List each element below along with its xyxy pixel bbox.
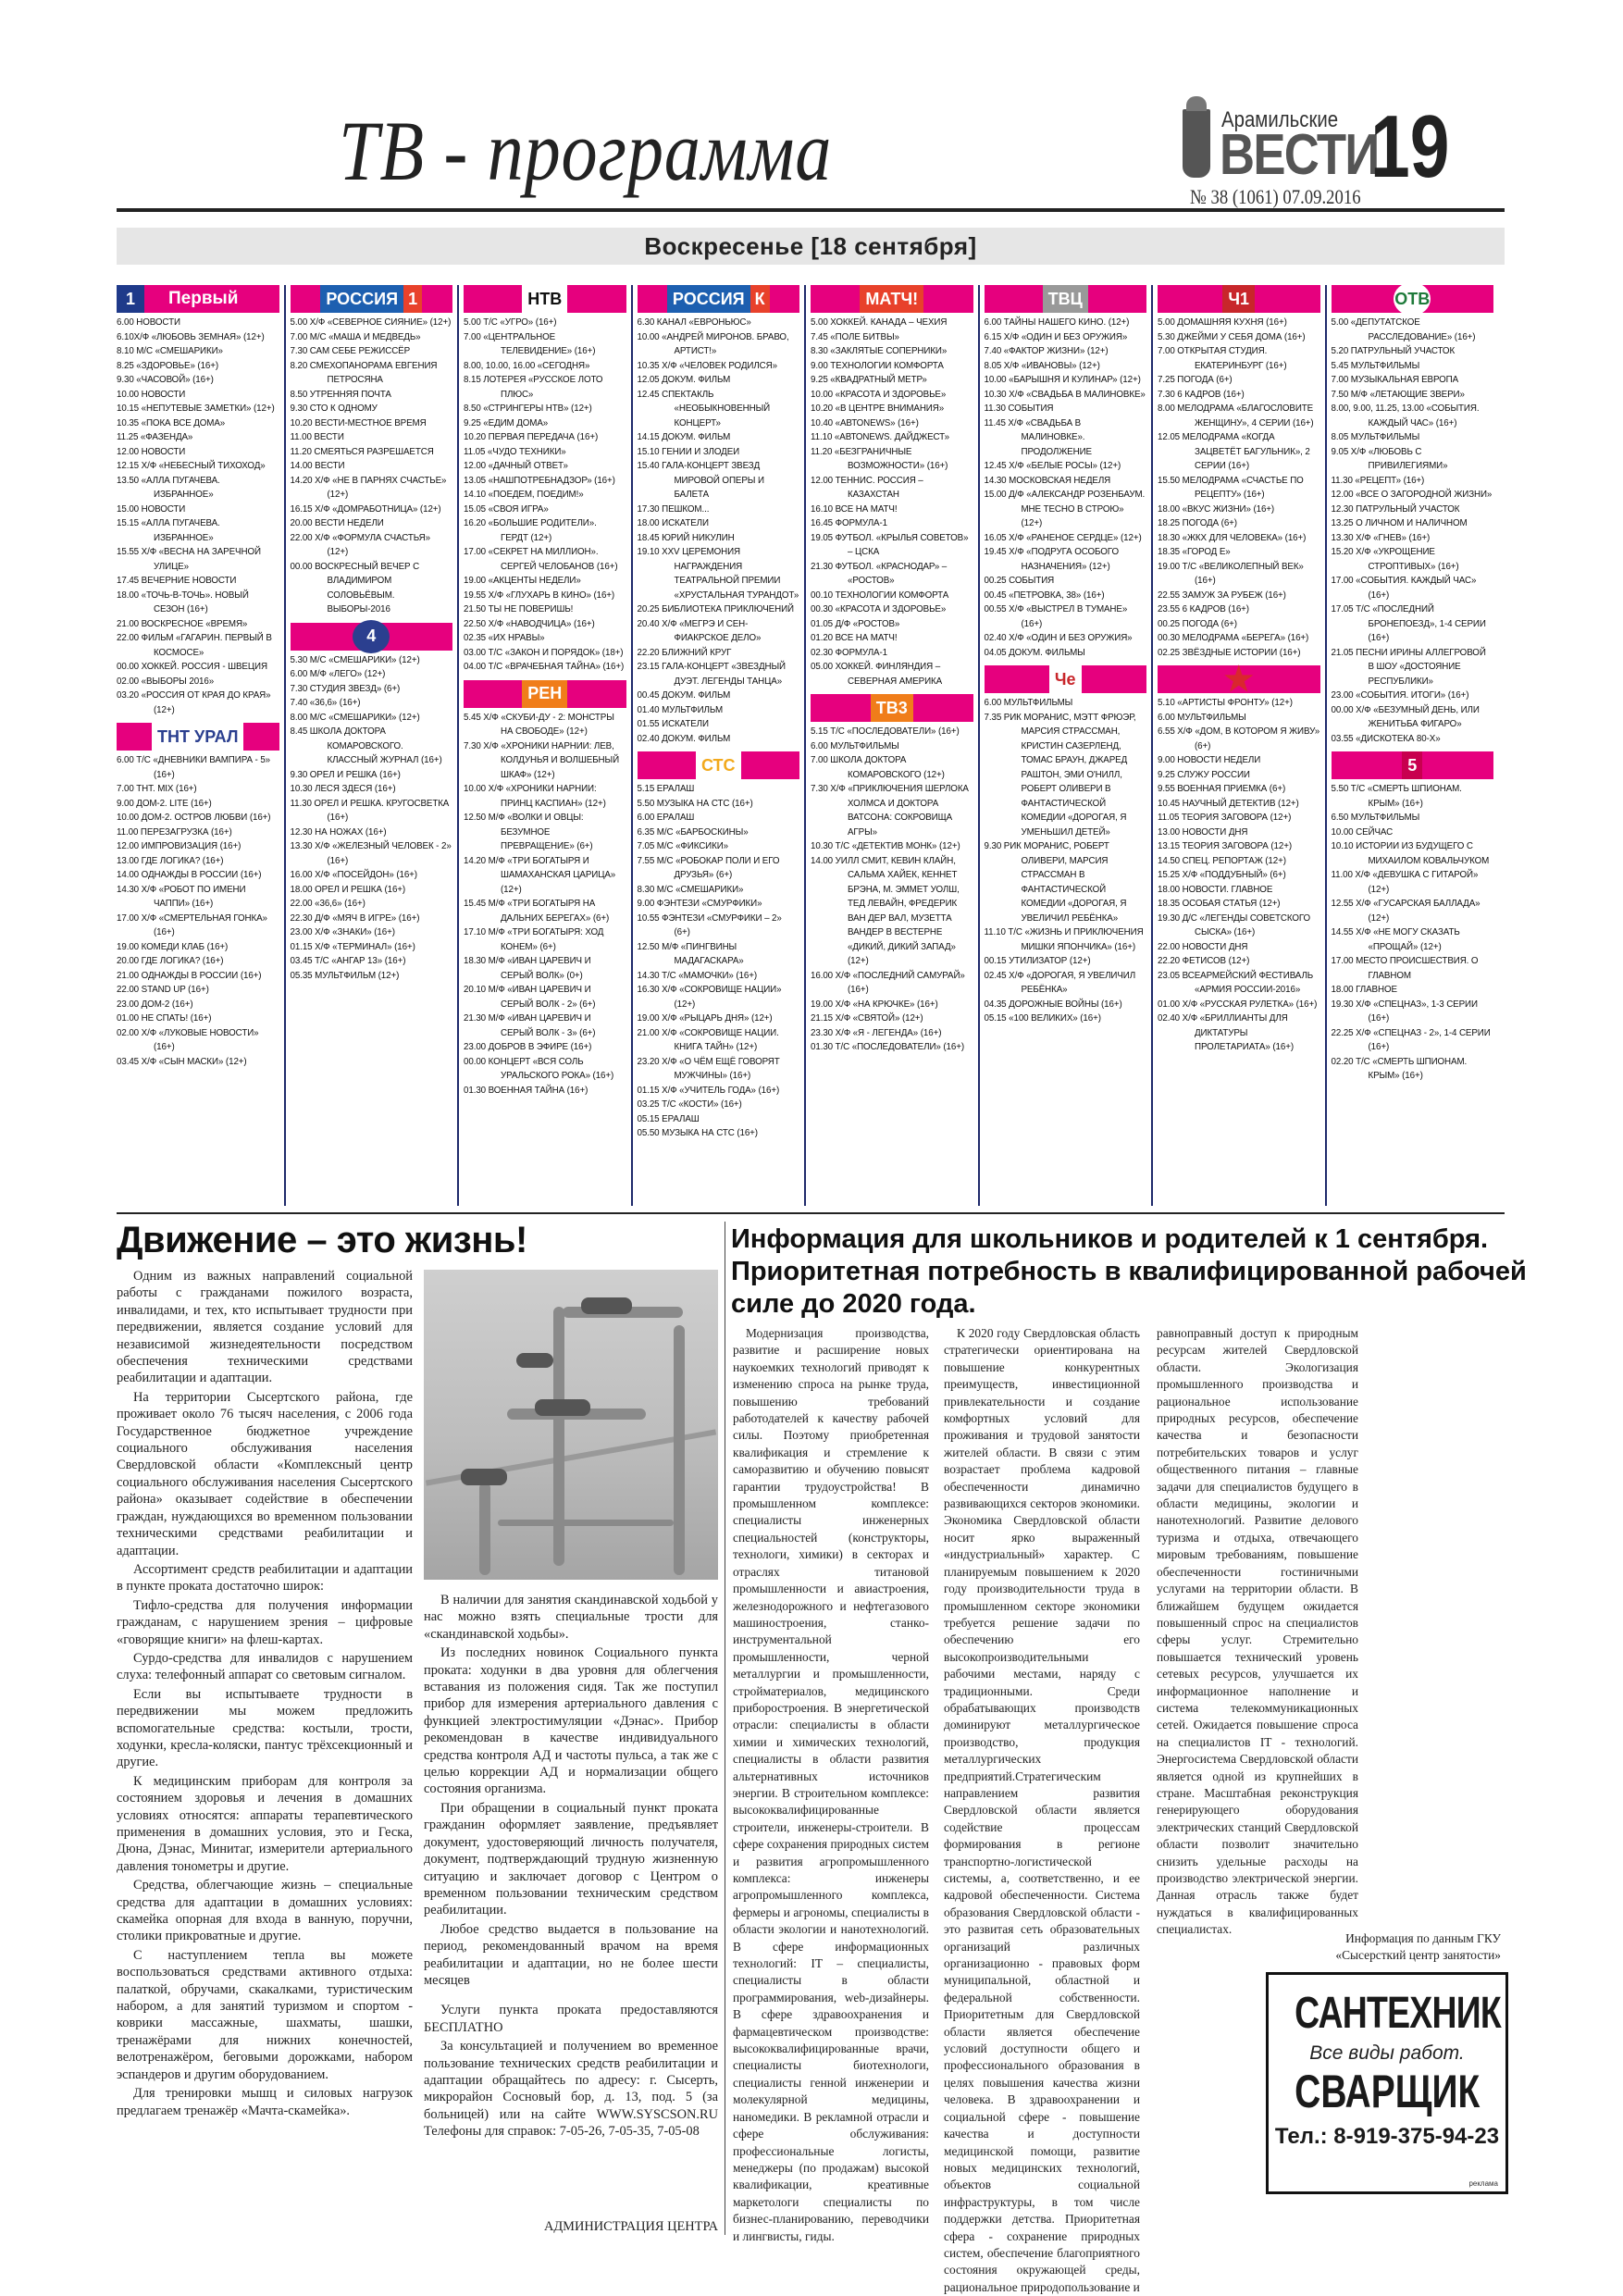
program-listing: 14.00 УИЛЛ СМИТ, КЕВИН КЛАЙН, САЛЬМА ХАЙ… xyxy=(811,854,973,969)
program-listing: 17.00 «СОБЫТИЯ. КАЖДЫЙ ЧАС» (16+) xyxy=(1332,574,1494,602)
program-listing: 9.25 «ЕДИМ ДОМА» xyxy=(464,416,626,431)
program-listing: 17.10 М/Ф «ТРИ БОГАТЫРЯ: ХОД КОНЕМ» (6+) xyxy=(464,925,626,954)
program-listing: 23.15 ГАЛА-КОНЦЕРТ «ЗВЕЗДНЫЙ ДУЭТ. ЛЕГЕН… xyxy=(638,660,800,689)
channel-header: ОТВ xyxy=(1332,285,1494,313)
channel-header: РЕН xyxy=(464,680,626,708)
program-listing: 18.30 М/Ф «ИВАН ЦАРЕВИЧ И СЕРЫЙ ВОЛК» (0… xyxy=(464,954,626,983)
article2-title: Информация для школьников и родителей к … xyxy=(731,1223,1545,1321)
program-listing: 6.30 КАНАЛ «ЕВРОНЬЮС» xyxy=(638,316,800,330)
program-listing: 7.45 «ПОЛЕ БИТВЫ» xyxy=(811,330,973,345)
channel-block: ТНТ УРАЛ6.00 Т/С «ДНЕВНИКИ ВАМПИРА - 5» … xyxy=(117,723,279,1069)
program-listing: 01.00 НЕ СПАТЬ! (16+) xyxy=(117,1011,279,1026)
russia-k-logo-icon: РОССИЯ xyxy=(667,285,750,313)
program-listing: 7.35 РИК МОРАНИС, МЭТТ ФРЮЭР, МАРСИЯ СТР… xyxy=(985,711,1147,840)
logo-main-text: ВЕСТИ xyxy=(1220,122,1379,188)
article1-paragraph: Для тренировки мышц и силовых нагрузок п… xyxy=(117,2085,413,2119)
program-listing: 10.45 НАУЧНЫЙ ДЕТЕКТИВ (12+) xyxy=(1158,797,1320,812)
program-listing: 00.45 «ПЕТРОВКА, 38» (16+) xyxy=(985,589,1147,603)
article1-paragraph: Одним из важных направлений социальной р… xyxy=(117,1268,413,1387)
program-listing: 7.00 «ЦЕНТРАЛЬНОЕ ТЕЛЕВИДЕНИЕ» (16+) xyxy=(464,330,626,359)
program-listing: 8.30 М/С «СМЕШАРИКИ» xyxy=(638,883,800,898)
article1-column-1: Одним из важных направлений социальной р… xyxy=(117,1268,413,2121)
program-listing: 11.00 ПЕРЕЗАГРУЗКА (16+) xyxy=(117,825,279,840)
channel-block: СТС5.15 ЕРАЛАШ5.50 МУЗЫКА НА СТС (16+)6.… xyxy=(638,751,800,1141)
program-listing: 19.45 Х/Ф «ПОДРУГА ОСОБОГО НАЗНАЧЕНИЯ» (… xyxy=(985,545,1147,574)
program-listing: 11.45 Х/Ф «СВАДЬБА В МАЛИНОВКЕ». ПРОДОЛЖ… xyxy=(985,416,1147,460)
program-listing: 21.50 ТЫ НЕ ПОВЕРИШЬ! xyxy=(464,602,626,617)
program-listing: 12.00 ТЕННИС. РОССИЯ – КАЗАХСТАН xyxy=(811,474,973,503)
article2-column-1: Модернизация производства, развитие и ра… xyxy=(733,1325,929,2245)
match-logo-icon: МАТЧ! xyxy=(860,285,923,313)
program-listing: 5.00 ХОККЕЙ. КАНАДА – ЧЕХИЯ xyxy=(811,316,973,330)
program-listing: 7.30 СТУДИЯ ЗВЕЗД» (6+) xyxy=(291,682,453,697)
program-listing: 11.20 «БЕЗГРАНИЧНЫЕ ВОЗМОЖНОСТИ» (16+) xyxy=(811,445,973,474)
program-listing: 22.00 ФИЛЬМ «ГАГАРИН. ПЕРВЫЙ В КОСМОСЕ» xyxy=(117,631,279,660)
program-listing: 22.00 «36,6» (16+) xyxy=(291,897,453,912)
program-listing: 6.00 ЕРАЛАШ xyxy=(638,811,800,825)
program-listing: 00.10 ТЕХНОЛОГИИ КОМФОРТА xyxy=(811,589,973,603)
program-listing: 04.05 ДОКУМ. ФИЛЬМЫ xyxy=(985,646,1147,661)
program-listing: 13.00 ГДЕ ЛОГИКА? (16+) xyxy=(117,854,279,869)
program-listing: 12.45 Х/Ф «БЕЛЫЕ РОСЫ» (12+) xyxy=(985,459,1147,474)
program-listing: 13.00 НОВОСТИ ДНЯ xyxy=(1158,825,1320,840)
program-listing: 19.10 XXV ЦЕРЕМОНИЯ НАГРАЖДЕНИЯ ТЕАТРАЛЬ… xyxy=(638,545,800,602)
program-listing: 05.00 ХОККЕЙ. ФИНЛЯНДИЯ – СЕВЕРНАЯ АМЕРИ… xyxy=(811,660,973,689)
program-listing: 6.10Х/Ф «ЛЮБОВЬ ЗЕМНАЯ» (12+) xyxy=(117,330,279,345)
program-listing: 6.50 МУЛЬТФИЛЬМЫ xyxy=(1332,811,1494,825)
program-listing: 00.25 ПОГОДА (6+) xyxy=(1158,617,1320,632)
program-listing: 15.45 М/Ф «ТРИ БОГАТЫРЯ НА ДАЛЬНИХ БЕРЕГ… xyxy=(464,897,626,925)
article1-paragraph: Сурдо-средства для инвалидов с нарушение… xyxy=(117,1650,413,1684)
4-kanal-logo-icon: 4 xyxy=(353,620,390,653)
program-listing: 10.35 Х/Ф «ЧЕЛОВЕК РОДИЛСЯ» xyxy=(638,359,800,374)
program-listing: 14.50 СПЕЦ. РЕПОРТАЖ (12+) xyxy=(1158,854,1320,869)
article1-title: Движение – это жизнь! xyxy=(117,1220,527,1261)
program-listing: 8.50 «СТРИНГЕРЫ НТВ» (12+) xyxy=(464,402,626,416)
program-listing: 00.45 ДОКУМ. ФИЛЬМ xyxy=(638,689,800,703)
program-listing: 23.05 ВСЕАРМЕЙСКИЙ ФЕСТИВАЛЬ «АРМИЯ РОСС… xyxy=(1158,969,1320,998)
program-listing: 5.45 МУЛЬТФИЛЬМЫ xyxy=(1332,359,1494,374)
program-listing: 11.10 «АВТОNEWS. ДАЙДЖЕСТ» xyxy=(811,430,973,445)
channel-header: ТНТ УРАЛ xyxy=(117,723,279,751)
channel-block: 45.30 М/С «СМЕШАРИКИ» (12+)6.00 М/Ф «ЛЕГ… xyxy=(291,623,453,984)
program-listing: 6.15 Х/Ф «ОДИН И БЕЗ ОРУЖИЯ» xyxy=(985,330,1147,345)
program-listing: 6.00 ТАЙНЫ НАШЕГО КИНО. (12+) xyxy=(985,316,1147,330)
program-listing: 21.00 ОДНАЖДЫ В РОССИИ (16+) xyxy=(117,969,279,984)
channel-header: ТВ3 xyxy=(811,694,973,722)
program-listing: 10.00 Х/Ф «ХРОНИКИ НАРНИИ: ПРИНЦ КАСПИАН… xyxy=(464,782,626,811)
channel-logo-accent: К xyxy=(750,285,770,313)
column-divider xyxy=(978,285,980,1206)
program-listing: 01.15 Х/Ф «ТЕРМИНАЛ» (16+) xyxy=(291,940,453,955)
program-listing: 10.10 ИСТОРИИ ИЗ БУДУЩЕГО С МИХАИЛОМ КОВ… xyxy=(1332,839,1494,868)
program-listing: 6.55 Х/Ф «ДОМ, В КОТОРОМ Я ЖИВУ» (6+) xyxy=(1158,725,1320,753)
program-listing: 00.25 СОБЫТИЯ xyxy=(985,574,1147,589)
program-listing: 6.00 М/Ф «ЛЕГО» (12+) xyxy=(291,667,453,682)
program-listing: 02.30 ФОРМУЛА-1 xyxy=(811,646,973,661)
program-listing: 14.20 М/Ф «ТРИ БОГАТЫРЯ И ШАМАХАНСКАЯ ЦА… xyxy=(464,854,626,898)
program-listing: 23.00 ДОБРОВ В ЭФИРЕ (16+) xyxy=(464,1040,626,1055)
program-listing: 14.00 ОДНАЖДЫ В РОССИИ (16+) xyxy=(117,868,279,883)
program-listing: 18.00 ОРЕЛ И РЕШКА (16+) xyxy=(291,883,453,898)
program-listing: 22.00 STAND UP (16+) xyxy=(117,983,279,998)
program-listing: 9.55 ВОЕННАЯ ПРИЕМКА (6+) xyxy=(1158,782,1320,797)
program-listing: 19.00 КОМЕДИ КЛАБ (16+) xyxy=(117,940,279,955)
program-listing: 7.25 ПОГОДА (6+) xyxy=(1158,373,1320,388)
article1-paragraph: На территории Сысертского района, где пр… xyxy=(117,1389,413,1559)
ad-phone: Тел.: 8-919-375-94-23 xyxy=(1269,2124,1505,2150)
tv-column: 1Первый6.00 НОВОСТИ6.10Х/Ф «ЛЮБОВЬ ЗЕМНА… xyxy=(117,285,279,1074)
program-listing: 19.30 Х/Ф «СПЕЦНАЗ», 1-3 СЕРИИ (16+) xyxy=(1332,998,1494,1026)
program-listing: 13.15 ТЕОРИЯ ЗАГОВОРА (12+) xyxy=(1158,839,1320,854)
channel-header: МАТЧ! xyxy=(811,285,973,313)
program-listing: 9.05 Х/Ф «ЛЮБОВЬ С ПРИВИЛЕГИЯМИ» xyxy=(1332,445,1494,474)
masthead: ТВ - программа Арамильские ВЕСТИ 19 № 38… xyxy=(117,102,1505,222)
program-listing: 21.15 Х/Ф «СВЯТОЙ» (12+) xyxy=(811,1011,973,1026)
program-listing: 12.30 НА НОЖАХ (16+) xyxy=(291,825,453,840)
program-listing: 15.00 Д/Ф «АЛЕКСАНДР РОЗЕНБАУМ. МНЕ ТЕСН… xyxy=(985,488,1147,531)
channel-block: НТВ5.00 Т/С «УГРО» (16+)7.00 «ЦЕНТРАЛЬНО… xyxy=(464,285,626,675)
channel-header: РОССИЯ1 xyxy=(291,285,453,313)
program-listing: 01.30 Т/С «ПОСЛЕДОВАТЕЛИ» (16+) xyxy=(811,1040,973,1055)
program-listing: 18.00 ГЛАВНОЕ xyxy=(1332,983,1494,998)
program-listing: 7.00 МУЗЫКАЛЬНАЯ ЕВРОПА xyxy=(1332,373,1494,388)
program-listing: 22.30 Д/Ф «МЯЧ В ИГРЕ» (16+) xyxy=(291,912,453,926)
program-listing: 01.05 Д/Ф «РОСТОВ» xyxy=(811,617,973,632)
article1-paragraph: Средства, облегчающие жизнь – специальны… xyxy=(117,1877,413,1945)
issue-info: № 38 (1061) 07.09.2016 xyxy=(1190,185,1361,209)
program-listing: 7.30 САМ СЕБЕ РЕЖИССЁР xyxy=(291,344,453,359)
article1-signature: АДМИНИСТРАЦИЯ ЦЕНТРА xyxy=(424,2219,718,2235)
program-listing: 23.30 Х/Ф «Я - ЛЕГЕНДА» (16+) xyxy=(811,1026,973,1041)
program-listing: 6.00 МУЛЬТФИЛЬМЫ xyxy=(1158,711,1320,726)
program-listing: 19.00 «АКЦЕНТЫ НЕДЕЛИ» xyxy=(464,574,626,589)
ad-headline: САНТЕХНИК xyxy=(1295,1988,1480,2039)
program-listing: 23.55 6 КАДРОВ (16+) xyxy=(1158,602,1320,617)
program-listing: 5.00 ДОМАШНЯЯ КУХНЯ (16+) xyxy=(1158,316,1320,330)
program-listing: 9.30 «ЧАСОВОЙ» (16+) xyxy=(117,373,279,388)
program-listing: 10.20 ВЕСТИ-МЕСТНОЕ ВРЕМЯ xyxy=(291,416,453,431)
channel-block: Ч15.00 ДОМАШНЯЯ КУХНЯ (16+)5.30 ДЖЕЙМИ У… xyxy=(1158,285,1320,660)
program-listing: 12.50 М/Ф «ПИНГВИНЫ МАДАГАСКАРА» xyxy=(638,940,800,969)
program-listing: 22.00 Х/Ф «ФОРМУЛА СЧАСТЬЯ» (12+) xyxy=(291,531,453,560)
program-listing: 14.30 МОСКОВСКАЯ НЕДЕЛЯ xyxy=(985,474,1147,489)
program-listing: 02.45 Х/Ф «ДОРОГАЯ, Я УВЕЛИЧИЛ РЕБЁНКА» xyxy=(985,969,1147,998)
program-listing: 14.30 Х/Ф «РОБОТ ПО ИМЕНИ ЧАППИ» (16+) xyxy=(117,883,279,912)
program-listing: 23.00 Х/Ф «ЗНАКИ» (16+) xyxy=(291,925,453,940)
program-listing: 7.05 М/С «ФИКСИКИ» xyxy=(638,839,800,854)
program-listing: 02.40 ДОКУМ. ФИЛЬМ xyxy=(638,732,800,747)
program-listing: 22.25 Х/Ф «СПЕЦНАЗ - 2», 1-4 СЕРИИ (16+) xyxy=(1332,1026,1494,1055)
channel-block: РЕН5.45 Х/Ф «СКУБИ-ДУ - 2: МОНСТРЫ НА СВ… xyxy=(464,680,626,1098)
program-listing: 13.05 «НАШПОТРЕБНАДЗОР» (16+) xyxy=(464,474,626,489)
column-divider xyxy=(284,285,286,1206)
tv-column: НТВ5.00 Т/С «УГРО» (16+)7.00 «ЦЕНТРАЛЬНО… xyxy=(464,285,626,1103)
program-listing: 16.05 Х/Ф «РАНЕНОЕ СЕРДЦЕ» (12+) xyxy=(985,531,1147,546)
channel-header: НТВ xyxy=(464,285,626,313)
program-listing: 5.15 Т/С «ПОСЛЕДОВАТЕЛИ» (16+) xyxy=(811,725,973,739)
program-listing: 20.00 ГДЕ ЛОГИКА? (16+) xyxy=(117,954,279,969)
program-listing: 10.30 ЛЕСЯ ЗДЕСЯ (16+) xyxy=(291,782,453,797)
program-listing: 15.20 Х/Ф «УКРОЩЕНИЕ СТРОПТИВЫХ» (16+) xyxy=(1332,545,1494,574)
program-listing: 7.40 «36,6» (16+) xyxy=(291,696,453,711)
program-listing: 15.05 «СВОЯ ИГРА» xyxy=(464,503,626,517)
program-listing: 10.15 «НЕПУТЕВЫЕ ЗАМЕТКИ» (12+) xyxy=(117,402,279,416)
program-listing: 21.30 ФУТБОЛ. «КРАСНОДАР» – «РОСТОВ» xyxy=(811,560,973,589)
program-listing: 02.00 Х/Ф «ЛУКОВЫЕ НОВОСТИ» (16+) xyxy=(117,1026,279,1055)
program-listing: 02.00 «ВЫБОРЫ 2016» xyxy=(117,675,279,689)
program-listing: 00.00 ВОСКРЕСНЫЙ ВЕЧЕР С ВЛАДИМИРОМ СОЛО… xyxy=(291,560,453,617)
program-listing: 21.05 ПЕСНИ ИРИНЫ АЛЛЕГРОВОЙ В ШОУ «ДОСТ… xyxy=(1332,646,1494,689)
program-listing: 12.05 ДОКУМ. ФИЛЬМ xyxy=(638,373,800,388)
program-listing: 17.00 «СЕКРЕТ НА МИЛЛИОН». СЕРГЕЙ ЧЕЛОБА… xyxy=(464,545,626,574)
program-listing: 00.00 Х/Ф «БЕЗУМНЫЙ ДЕНЬ, ИЛИ ЖЕНИТЬБА Ф… xyxy=(1332,703,1494,732)
channel-block: Че6.00 МУЛЬТФИЛЬМЫ7.35 РИК МОРАНИС, МЭТТ… xyxy=(985,665,1147,1026)
program-listing: 02.35 «ИХ НРАВЫ» xyxy=(464,631,626,646)
program-listing: 10.20 «В ЦЕНТРЕ ВНИМАНИЯ» xyxy=(811,402,973,416)
article1-paragraph: К медицинским приборам для контроля за с… xyxy=(117,1773,413,1875)
program-listing: 10.55 ФЭНТЕЗИ «СМУРФИКИ – 2» (6+) xyxy=(638,912,800,940)
program-listing: 16.00 Х/Ф «ПОСЕЙДОН» (16+) xyxy=(291,868,453,883)
program-listing: 12.50 М/Ф «ВОЛКИ И ОВЦЫ: БЕЗУМНОЕ ПРЕВРА… xyxy=(464,811,626,854)
program-listing: 11.30 ОРЕЛ И РЕШКА. КРУГОСВЕТКА (16+) xyxy=(291,797,453,825)
channel-block: РОССИЯ15.00 Х/Ф «СЕВЕРНОЕ СИЯНИЕ» (12+)7… xyxy=(291,285,453,617)
column-divider xyxy=(631,285,633,1206)
program-listing: 8.20 СМЕХОПАНОРАМА ЕВГЕНИЯ ПЕТРОСЯНА xyxy=(291,359,453,388)
article1-column-2: В наличии для занятия скандинавской ходь… xyxy=(424,1592,718,2142)
program-listing: 10.20 ПЕРВАЯ ПЕРЕДАЧА (16+) xyxy=(464,430,626,445)
program-listing: 8.50 УТРЕННЯЯ ПОЧТА xyxy=(291,388,453,403)
program-listing: 18.35 ОСОБАЯ СТАТЬЯ (12+) xyxy=(1158,897,1320,912)
program-listing: 19.00 Х/Ф «НА КРЮЧКЕ» (16+) xyxy=(811,998,973,1012)
channel-block: ★5.10 «АРТИСТЫ ФРОНТУ» (12+)6.00 МУЛЬТФИ… xyxy=(1158,665,1320,1055)
tv-column: РОССИЯ15.00 Х/Ф «СЕВЕРНОЕ СИЯНИЕ» (12+)7… xyxy=(291,285,453,988)
program-listing: 10.35 «ПОКА ВСЕ ДОМА» xyxy=(117,416,279,431)
program-listing: 13.50 «АЛЛА ПУГАЧЕВА. ИЗБРАННОЕ» xyxy=(117,474,279,503)
article1-paragraph: Ассортимент средств реабилитации и адапт… xyxy=(117,1561,413,1595)
column-divider xyxy=(457,285,459,1206)
channel-block: МАТЧ!5.00 ХОККЕЙ. КАНАДА – ЧЕХИЯ7.45 «ПО… xyxy=(811,285,973,689)
program-listing: 9.00 ДОМ-2. LITE (16+) xyxy=(117,797,279,812)
program-listing: 03.45 Х/Ф «СЫН МАСКИ» (12+) xyxy=(117,1055,279,1070)
program-listing: 8.10 М/С «СМЕШАРИКИ» xyxy=(117,344,279,359)
program-listing: 18.00 «ТОЧЬ-В-ТОЧЬ». НОВЫЙ СЕЗОН (16+) xyxy=(117,589,279,617)
program-listing: 9.25 «КВАДРАТНЫЙ МЕТР» xyxy=(811,373,973,388)
channel-name: Первый xyxy=(168,289,238,309)
program-listing: 18.00 ИСКАТЕЛИ xyxy=(638,516,800,531)
program-listing: 7.50 М/Ф «ЛЕТАЮЩИЕ ЗВЕРИ» xyxy=(1332,388,1494,403)
program-listing: 02.40 Х/Ф «ОДИН И БЕЗ ОРУЖИЯ» xyxy=(985,631,1147,646)
channel-header: 1Первый xyxy=(117,285,279,313)
program-listing: 18.00 НОВОСТИ. ГЛАВНОЕ xyxy=(1158,883,1320,898)
program-listing: 9.00 НОВОСТИ НЕДЕЛИ xyxy=(1158,753,1320,768)
program-listing: 9.25 СЛУЖУ РОССИИ xyxy=(1158,768,1320,783)
program-listing: 8.00, 9.00, 11.25, 13.00 «СОБЫТИЯ. КАЖДЫ… xyxy=(1332,402,1494,430)
program-listing: 12.15 Х/Ф «НЕБЕСНЫЙ ТИХОХОД» xyxy=(117,459,279,474)
article1-paragraph: С наступлением тепла вы можете воспользо… xyxy=(117,1947,413,2083)
program-listing: 19.55 Х/Ф «ГЛУХАРЬ В КИНО» (16+) xyxy=(464,589,626,603)
program-listing: 12.00 «ВСЕ О ЗАГОРОДНОЙ ЖИЗНИ» xyxy=(1332,488,1494,503)
program-listing: 7.55 М/С «РОБОКАР ПОЛИ И ЕГО ДРУЗЬЯ» (6+… xyxy=(638,854,800,883)
program-listing: 5.50 Т/С «СМЕРТЬ ШПИОНАМ. КРЫМ» (16+) xyxy=(1332,782,1494,811)
article1-paragraph: За консультацией и получением во временн… xyxy=(424,2038,718,2140)
coat-of-arms-icon xyxy=(1183,109,1210,178)
article1-paragraph: Тифло-средства для получения информации … xyxy=(117,1597,413,1648)
program-listing: 16.00 Х/Ф «ПОСЛЕДНИЙ САМУРАЙ» (16+) xyxy=(811,969,973,998)
program-listing: 03.20 «РОССИЯ ОТ КРАЯ ДО КРАЯ» (12+) xyxy=(117,689,279,717)
ad-subline: Все виды работ. xyxy=(1269,2042,1505,2065)
program-listing: 8.30 «ЗАКЛЯТЫЕ СОПЕРНИКИ» xyxy=(811,344,973,359)
program-listing: 7.40 «ФАКТОР ЖИЗНИ» (12+) xyxy=(985,344,1147,359)
program-listing: 7.00 ТНТ. MIX (16+) xyxy=(117,782,279,797)
program-listing: 10.00 СЕЙЧАС xyxy=(1332,825,1494,840)
channel-block: РОССИЯК6.30 КАНАЛ «ЕВРОНЬЮС»10.00 «АНДРЕ… xyxy=(638,285,800,746)
program-listing: 11.20 СМЕЯТЬСЯ РАЗРЕШАЕТСЯ xyxy=(291,445,453,460)
channel-block: ТВ35.15 Т/С «ПОСЛЕДОВАТЕЛИ» (16+)6.00 МУ… xyxy=(811,694,973,1055)
program-listing: 18.35 «ГОРОД Е» xyxy=(1158,545,1320,560)
1tv-logo-icon: 1 xyxy=(117,285,144,313)
program-listing: 04.00 Т/С «ВРАЧЕБНАЯ ТАЙНА» (16+) xyxy=(464,660,626,675)
program-listing: 20.00 ВЕСТИ НЕДЕЛИ xyxy=(291,516,453,531)
program-listing: 17.05 Т/С «ПОСЛЕДНИЙ БРОНЕПОЕЗД», 1-4 СЕ… xyxy=(1332,602,1494,646)
program-listing: 9.00 ТЕХНОЛОГИИ КОМФОРТА xyxy=(811,359,973,374)
program-listing: 5.00 Т/С «УГРО» (16+) xyxy=(464,316,626,330)
zvezda-logo-icon: ★ xyxy=(1219,665,1259,693)
program-listing: 01.00 Х/Ф «РУССКАЯ РУЛЕТКА» (16+) xyxy=(1158,998,1320,1012)
program-listing: 16.45 ФОРМУЛА-1 xyxy=(811,516,973,531)
program-listing: 14.15 ДОКУМ. ФИЛЬМ xyxy=(638,430,800,445)
program-listing: 9.30 СТО К ОДНОМУ xyxy=(291,402,453,416)
sts-logo-icon: СТС xyxy=(696,751,741,779)
program-listing: 20.10 М/Ф «ИВАН ЦАРЕВИЧ И СЕРЫЙ ВОЛК - 2… xyxy=(464,983,626,1011)
ren-logo-icon: РЕН xyxy=(522,680,567,708)
program-listing: 18.00 «ВКУС ЖИЗНИ» (16+) xyxy=(1158,503,1320,517)
program-listing: 23.00 «СОБЫТИЯ. ИТОГИ» (16+) xyxy=(1332,689,1494,703)
plumber-advertisement: САНТЕХНИК Все виды работ. СВАРЩИК Тел.: … xyxy=(1266,1972,1508,2194)
program-listing: 19.05 ФУТБОЛ. «КРЫЛЬЯ СОВЕТОВ» – ЦСКА xyxy=(811,531,973,560)
program-listing: 20.40 Х/Ф «МЕГРЭ И СЕН-ФИАКРСКОЕ ДЕЛО» xyxy=(638,617,800,646)
program-listing: 03.00 Т/С «ЗАКОН И ПОРЯДОК» (18+) xyxy=(464,646,626,661)
program-listing: 23.00 ДОМ-2 (16+) xyxy=(117,998,279,1012)
program-listing: 22.00 НОВОСТИ ДНЯ xyxy=(1158,940,1320,955)
program-listing: 02.20 Т/С «СМЕРТЬ ШПИОНАМ. КРЫМ» (16+) xyxy=(1332,1055,1494,1084)
column-divider xyxy=(804,285,806,1206)
channel-block: ОТВ5.00 «ДЕПУТАТСКОЕ РАССЛЕДОВАНИЕ» (16+… xyxy=(1332,285,1494,746)
program-listing: 15.55 Х/Ф «ВЕСНА НА ЗАРЕЧНОЙ УЛИЦЕ» xyxy=(117,545,279,574)
program-listing: 5.45 Х/Ф «СКУБИ-ДУ - 2: МОНСТРЫ НА СВОБО… xyxy=(464,711,626,739)
tv-column: МАТЧ!5.00 ХОККЕЙ. КАНАДА – ЧЕХИЯ7.45 «ПО… xyxy=(811,285,973,1061)
ntv-logo-icon: НТВ xyxy=(522,285,567,313)
program-listing: 14.30 Т/С «МАМОЧКИ» (16+) xyxy=(638,969,800,984)
program-listing: 11.05 ТЕОРИЯ ЗАГОВОРА (12+) xyxy=(1158,811,1320,825)
program-listing: 7.00 ОТКРЫТАЯ СТУДИЯ. ЕКАТЕРИНБУРГ (16+) xyxy=(1158,344,1320,373)
program-listing: 00.15 УТИЛИЗАТОР (12+) xyxy=(985,954,1147,969)
program-listing: 5.00 «ДЕПУТАТСКОЕ РАССЛЕДОВАНИЕ» (16+) xyxy=(1332,316,1494,344)
ch1-logo-icon: Ч1 xyxy=(1222,285,1255,313)
program-listing: 20.25 БИБЛИОТЕКА ПРИКЛЮЧЕНИЙ xyxy=(638,602,800,617)
column-divider xyxy=(1325,285,1327,1206)
program-listing: 6.00 МУЛЬТФИЛЬМЫ xyxy=(985,696,1147,711)
program-listing: 11.00 ВЕСТИ xyxy=(291,430,453,445)
tnt-ural-logo-icon: ТНТ УРАЛ xyxy=(152,723,243,751)
ad-tag: реклама xyxy=(1468,2179,1498,2188)
program-listing: 16.20 «БОЛЬШИЕ РОДИТЕЛИ». ГЕРДТ (12+) xyxy=(464,516,626,545)
program-listing: 7.30 Х/Ф «ПРИКЛЮЧЕНИЯ ШЕРЛОКА ХОЛМСА И Д… xyxy=(811,782,973,839)
program-listing: 11.10 Т/С «ЖИЗНЬ И ПРИКЛЮЧЕНИЯ МИШКИ ЯПО… xyxy=(985,925,1147,954)
program-listing: 17.30 ПЕШКОМ... xyxy=(638,503,800,517)
channel-header: РОССИЯК xyxy=(638,285,800,313)
program-listing: 9.30 РИК МОРАНИС, РОБЕРТ ОЛИВЕРИ, МАРСИЯ… xyxy=(985,839,1147,925)
program-listing: 16.30 Х/Ф «СОКРОВИЩЕ НАЦИИ» (12+) xyxy=(638,983,800,1011)
program-listing: 16.10 ВСЕ НА МАТЧ! xyxy=(811,503,973,517)
program-listing: 10.00 «БАРЫШНЯ И КУЛИНАР» (12+) xyxy=(985,373,1147,388)
program-listing: 01.15 Х/Ф «УЧИТЕЛЬ ГОДА» (16+) xyxy=(638,1084,800,1098)
program-listing: 14.10 «ПОЕДЕМ, ПОЕДИМ!» xyxy=(464,488,626,503)
program-listing: 05.15 «100 ВЕЛИКИХ» (16+) xyxy=(985,1011,1147,1026)
program-listing: 02.40 Х/Ф «БРИЛЛИАНТЫ ДЛЯ ДИКТАТУРЫ ПРОЛ… xyxy=(1158,1011,1320,1055)
article2-column-2: К 2020 году Свердловская область стратег… xyxy=(944,1325,1140,2296)
channel-header: ТВЦ xyxy=(985,285,1147,313)
article1-paragraph: При обращении в социальный пункт проката… xyxy=(424,1800,718,1919)
tvc-logo-icon: ТВЦ xyxy=(1043,285,1088,313)
program-listing: 8.15 ЛОТЕРЕЯ «РУССКОЕ ЛОТО ПЛЮС» xyxy=(464,373,626,402)
program-listing: 03.55 «ДИСКОТЕКА 80-Х» xyxy=(1332,732,1494,747)
program-listing: 11.30 СОБЫТИЯ xyxy=(985,402,1147,416)
program-listing: 5.30 ДЖЕЙМИ У СЕБЯ ДОМА (16+) xyxy=(1158,330,1320,345)
channel-header: 5 xyxy=(1332,751,1494,779)
program-listing: 12.05 МЕЛОДРАМА «КОГДА ЗАЦВЕТЁТ БАГУЛЬНИ… xyxy=(1158,430,1320,474)
program-listing: 21.30 М/Ф «ИВАН ЦАРЕВИЧ И СЕРЫЙ ВОЛК - 3… xyxy=(464,1011,626,1040)
program-listing: 8.00 М/С «СМЕШАРИКИ» (12+) xyxy=(291,711,453,726)
channel-header: 4 xyxy=(291,623,453,651)
program-listing: 12.00 «ДАЧНЫЙ ОТВЕТ» xyxy=(464,459,626,474)
program-listing: 7.00 М/С «МАША И МЕДВЕДЬ» xyxy=(291,330,453,345)
program-listing: 15.00 НОВОСТИ xyxy=(117,503,279,517)
channel-header: Че xyxy=(985,665,1147,693)
program-listing: 19.00 Т/С «ВЕЛИКОЛЕПНЫЙ ВЕК» (16+) xyxy=(1158,560,1320,589)
program-listing: 10.30 Т/С «ДЕТЕКТИВ МОНК» (12+) xyxy=(811,839,973,854)
program-listing: 15.40 ГАЛА-КОНЦЕРТ ЗВЕЗД МИРОВОЙ ОПЕРЫ И… xyxy=(638,459,800,503)
program-listing: 10.00 ДОМ-2. ОСТРОВ ЛЮБВИ (16+) xyxy=(117,811,279,825)
program-listing: 8.00 МЕЛОДРАМА «БЛАГОСЛОВИТЕ ЖЕНЩИНУ», 4… xyxy=(1158,402,1320,430)
program-listing: 8.00, 10.00, 16.00 «СЕГОДНЯ» xyxy=(464,359,626,374)
program-listing: 22.55 ЗАМУЖ ЗА РУБЕЖ (16+) xyxy=(1158,589,1320,603)
program-listing: 12.45 СПЕКТАКЛЬ «НЕОБЫКНОВЕННЫЙ КОНЦЕРТ» xyxy=(638,388,800,431)
article1-paragraph: В наличии для занятия скандинавской ходь… xyxy=(424,1592,718,1643)
program-listing: 13.30 Х/Ф «ЖЕЛЕЗНЫЙ ЧЕЛОВЕК - 2» (16+) xyxy=(291,839,453,868)
day-heading: Воскресенье [18 сентября] xyxy=(117,228,1505,265)
program-listing: 10.00 НОВОСТИ xyxy=(117,388,279,403)
program-listing: 21.00 ВОСКРЕСНОЕ «ВРЕМЯ» xyxy=(117,617,279,632)
program-listing: 8.05 Х/Ф «ИВАНОВЫ» (12+) xyxy=(985,359,1147,374)
program-listing: 17.45 ВЕЧЕРНИЕ НОВОСТИ xyxy=(117,574,279,589)
tv-column: ОТВ5.00 «ДЕПУТАТСКОЕ РАССЛЕДОВАНИЕ» (16+… xyxy=(1332,285,1494,1089)
page-title: ТВ - программа xyxy=(339,102,832,200)
program-listing: 05.15 ЕРАЛАШ xyxy=(638,1112,800,1127)
program-listing: 12.55 Х/Ф «ГУСАРСКАЯ БАЛЛАДА» (12+) xyxy=(1332,897,1494,925)
article-divider xyxy=(725,1222,725,2235)
program-listing: 23.20 Х/Ф «О ЧЁМ ЕЩЁ ГОВОРЯТ МУЖЧИНЫ» (1… xyxy=(638,1055,800,1084)
program-listing: 01.20 ВСЕ НА МАТЧ! xyxy=(811,631,973,646)
program-listing: 10.30 Х/Ф «СВАДЬБА В МАЛИНОВКЕ» xyxy=(985,388,1147,403)
article2-column-3: равноправный доступ к природным ресурсам… xyxy=(1157,1325,1358,1939)
program-listing: 15.50 МЕЛОДРАМА «СЧАСТЬЕ ПО РЕЦЕПТУ» (16… xyxy=(1158,474,1320,503)
program-listing: 02.25 ЗВЁЗДНЫЕ ИСТОРИИ (16+) xyxy=(1158,646,1320,661)
article1-paragraph: Услуги пункта проката предоставляются БЕ… xyxy=(424,2002,718,2036)
program-listing: 03.25 Т/С «КОСТИ» (16+) xyxy=(638,1098,800,1112)
program-listing: 19.00 Х/Ф «РЫЦАРЬ ДНЯ» (12+) xyxy=(638,1011,800,1026)
program-listing: 6.35 М/С «БАРБОСКИНЫ» xyxy=(638,825,800,840)
